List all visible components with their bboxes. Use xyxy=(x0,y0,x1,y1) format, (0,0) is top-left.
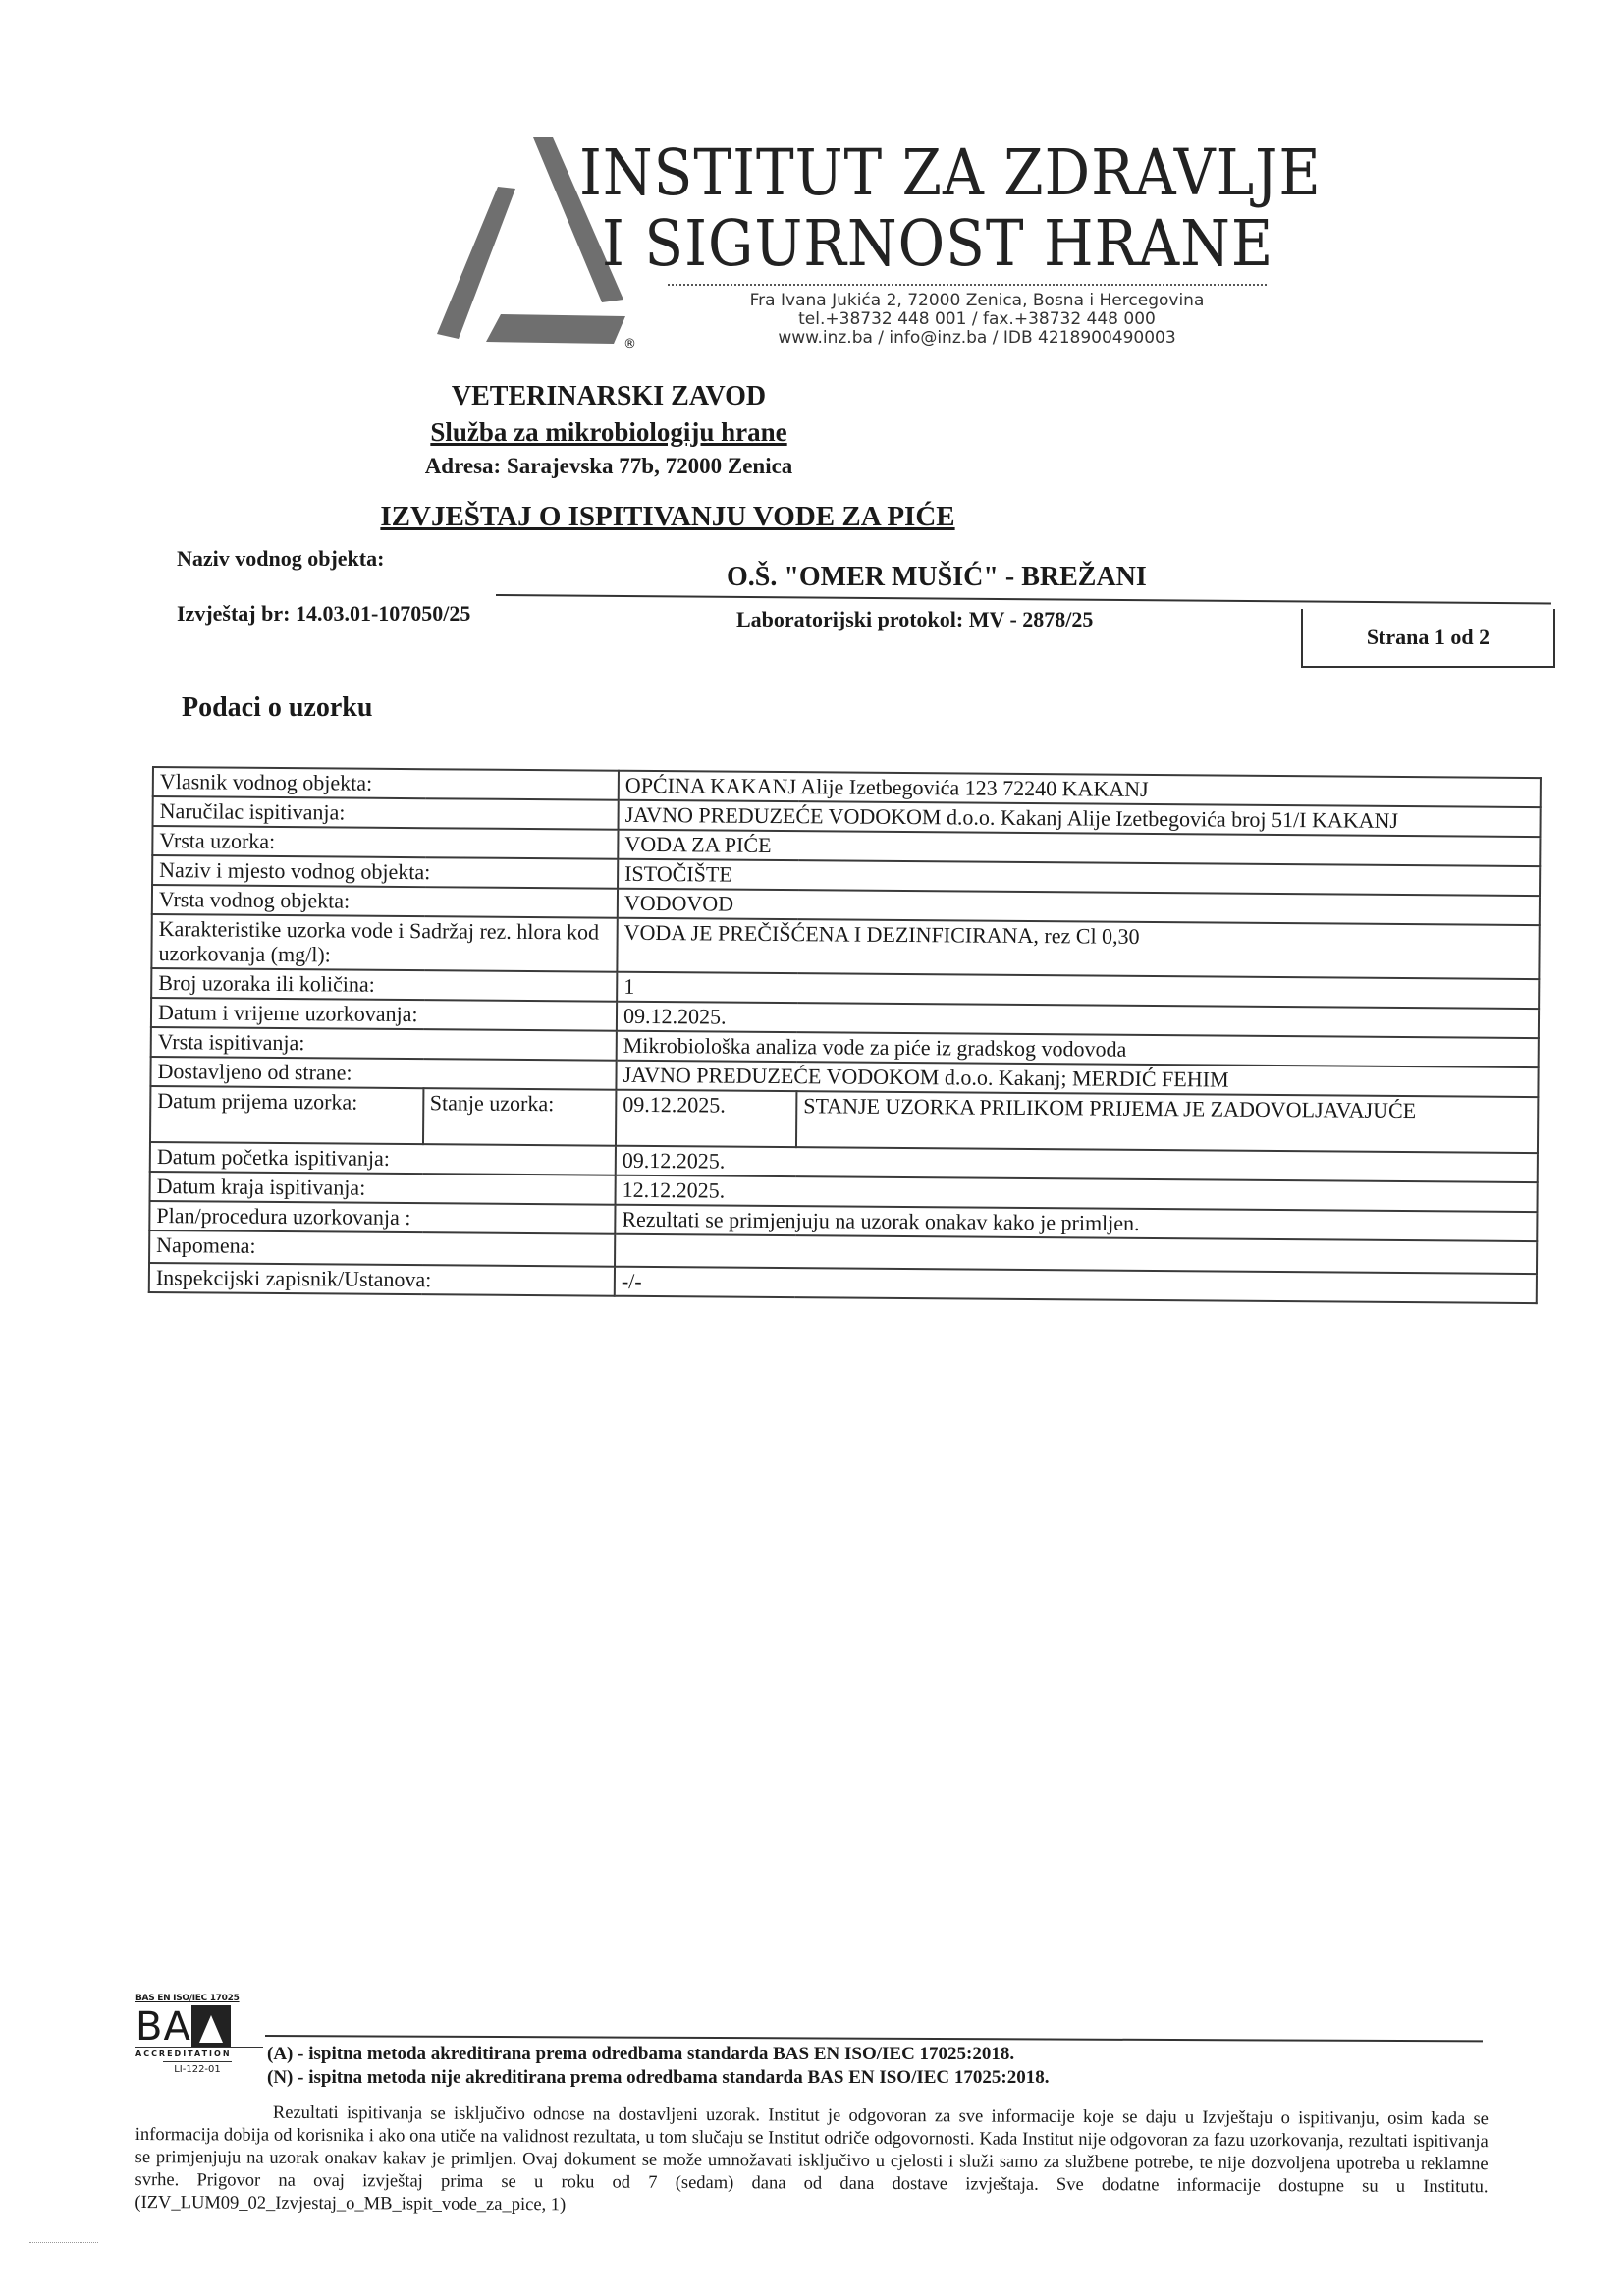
row-label: Vrsta uzorka: xyxy=(152,826,618,859)
report-title: IZVJEŠTAJ O ISPITIVANJU VODE ZA PIĆE xyxy=(324,501,1011,533)
row-label: Napomena: xyxy=(149,1230,615,1267)
page-indicator: Strana 1 od 2 xyxy=(1301,609,1555,668)
accreditation-standard: BAS EN ISO/IEC 17025 xyxy=(135,1994,263,2003)
row-label: Vlasnik vodnog objekta: xyxy=(153,767,619,800)
institute-phone-fax: tel.+38732 448 001 / fax.+38732 448 000 xyxy=(692,310,1262,329)
disclaimer-text: Rezultati ispitivanja se isključivo odno… xyxy=(135,2102,1489,2221)
object-name: O.Š. "OMER MUŠIĆ" - BREŽANI xyxy=(727,562,1147,593)
lab-protocol: Laboratorijski protokol: MV - 2878/25 xyxy=(736,607,1093,632)
footer-divider xyxy=(265,2035,1483,2042)
registered-mark: ® xyxy=(623,337,636,352)
row-label: Dostavljeno od strane: xyxy=(150,1057,616,1090)
institute-name-line2: I SIGURNOST HRANE xyxy=(579,208,1322,279)
institute-name: INSTITUT ZA ZDRAVLJE I SIGURNOST HRANE xyxy=(579,137,1322,278)
legend-not-accredited: (N) - ispitna metoda nije akreditirana p… xyxy=(267,2066,1049,2090)
accreditation-code: LI-122-01 xyxy=(163,2061,232,2075)
receipt-state-value: STANJE UZORKA PRILIKOM PRIJEMA JE ZADOVO… xyxy=(796,1091,1538,1153)
institute-name-line1: INSTITUT ZA ZDRAVLJE xyxy=(579,137,1322,208)
institute-web-email: www.inz.ba / info@inz.ba / IDB 421890049… xyxy=(692,329,1262,348)
row-value: -/- xyxy=(615,1267,1537,1303)
department-name: VETERINARSKI ZAVOD xyxy=(304,381,913,412)
receipt-date-label: Datum prijema uzorka: xyxy=(150,1086,423,1144)
department-address: Adresa: Sarajevska 77b, 72000 Zenica xyxy=(304,454,913,479)
receipt-state-label: Stanje uzorka: xyxy=(422,1088,616,1146)
row-label: Vrsta ispitivanja: xyxy=(151,1027,617,1061)
accreditation-subtitle: ACCREDITATION xyxy=(135,2050,263,2058)
row-label: Naručilac ispitivanja: xyxy=(153,796,619,830)
report-number: Izvještaj br: 14.03.01-107050/25 xyxy=(177,601,470,627)
header-divider xyxy=(668,284,1267,286)
object-divider xyxy=(496,594,1551,604)
institute-address: Fra Ivana Jukića 2, 72000 Zenica, Bosna … xyxy=(692,292,1262,310)
scan-mark xyxy=(29,2242,98,2243)
department-service: Služba za mikrobiologiju hrane xyxy=(304,417,913,448)
row-label: Vrsta vodnog objekta: xyxy=(152,885,618,918)
row-label: Datum početka ispitivanja: xyxy=(150,1142,616,1175)
row-label: Karakteristike uzorka vode i Sadržaj rez… xyxy=(151,914,617,972)
bata-accreditation-icon: BAS EN ISO/IEC 17025 BA ACCREDITATION LI… xyxy=(135,1994,263,2075)
bata-logo: BA xyxy=(135,2003,263,2048)
legend-accredited: (A) - ispitna metoda akreditirana prema … xyxy=(267,2043,1049,2066)
institute-contact: Fra Ivana Jukića 2, 72000 Zenica, Bosna … xyxy=(692,292,1262,348)
row-label: Broj uzoraka ili količina: xyxy=(151,968,617,1002)
row-label: Inspekcijski zapisnik/Ustanova: xyxy=(149,1263,615,1296)
sample-data-table: Vlasnik vodnog objekta:OPĆINA KAKANJ Ali… xyxy=(148,766,1542,1304)
section-title: Podaci o uzorku xyxy=(182,692,372,724)
row-value: VODA JE PREČIŠĆENA I DEZINFICIRANA, rez … xyxy=(617,918,1539,979)
bata-mark-icon xyxy=(191,2005,231,2047)
row-label: Datum i vrijeme uzorkovanja: xyxy=(151,998,617,1031)
receipt-date-value: 09.12.2025. xyxy=(616,1090,796,1147)
object-label: Naziv vodnog objekta: xyxy=(177,546,384,572)
bata-logo-text: BA xyxy=(135,2007,191,2047)
row-label: Plan/procedura uzorkovanja : xyxy=(149,1201,615,1234)
row-label: Datum kraja ispitivanja: xyxy=(150,1172,616,1205)
method-legend: (A) - ispitna metoda akreditirana prema … xyxy=(267,2043,1049,2090)
row-label: Naziv i mjesto vodnog objekta: xyxy=(152,855,618,889)
